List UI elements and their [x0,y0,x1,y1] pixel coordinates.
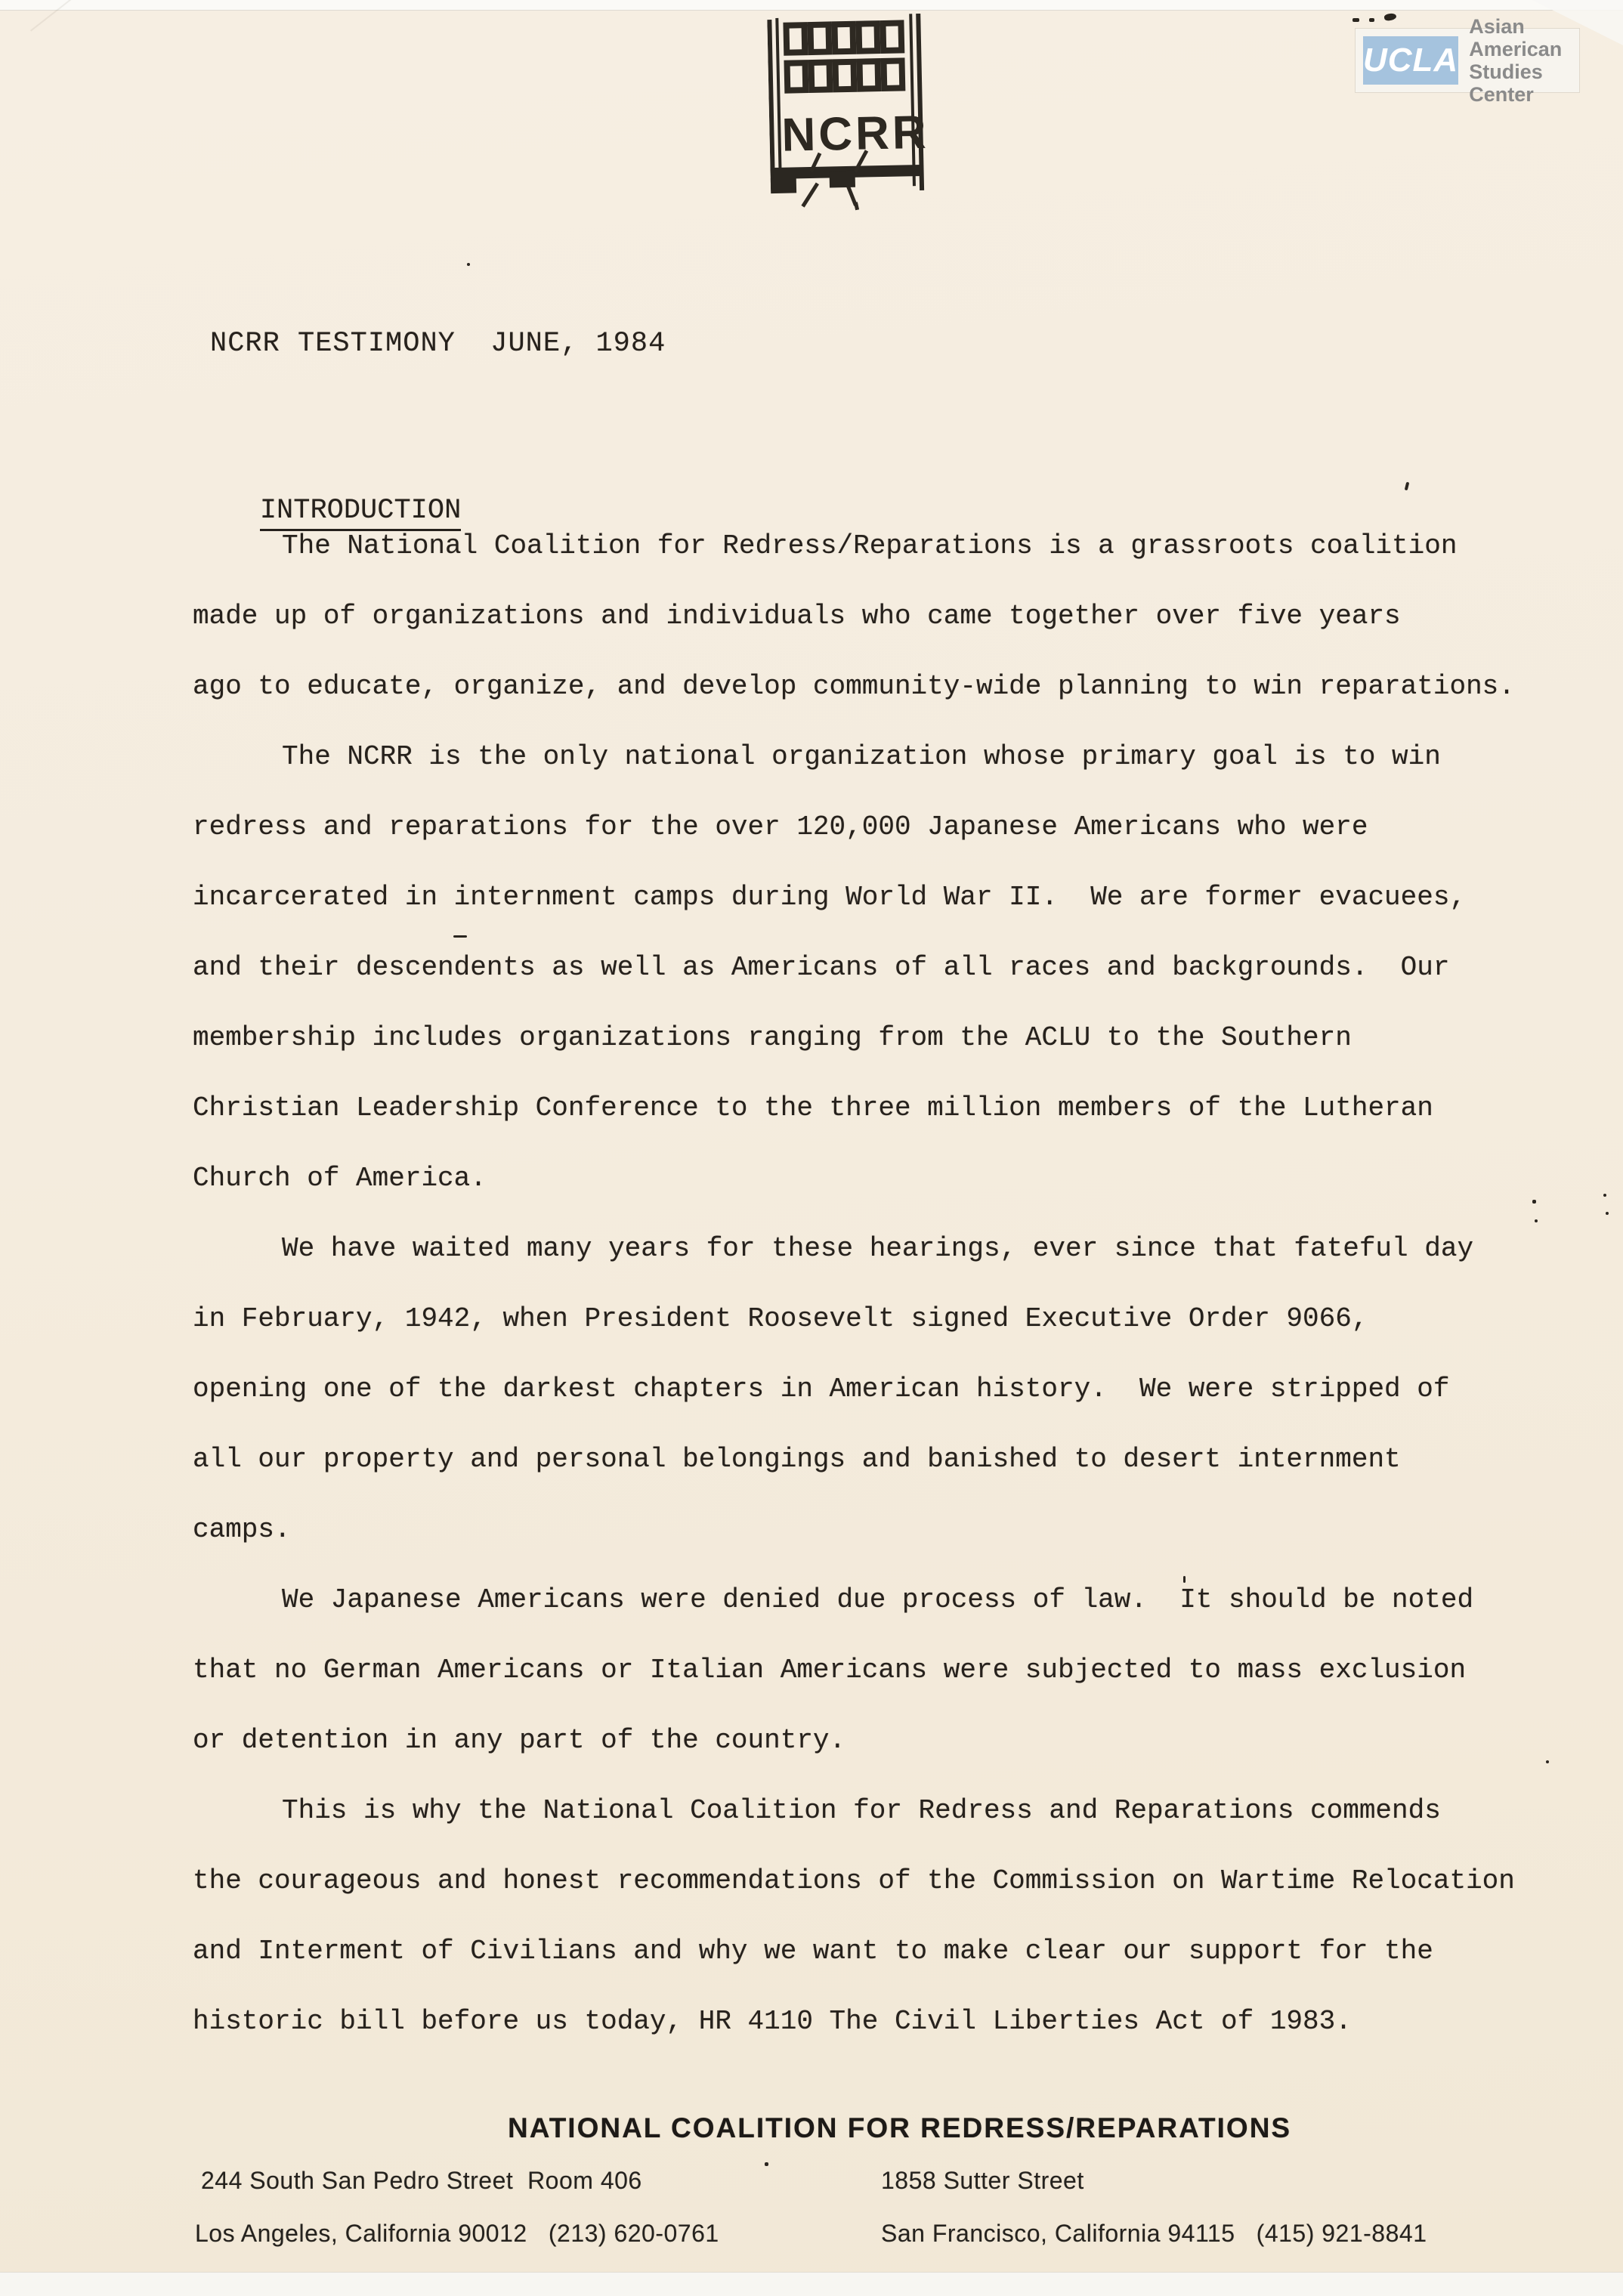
footer-sf-address: 1858 Sutter Street [881,2167,1084,2195]
typed-correction-dash [453,935,467,938]
body-line: or detention in any part of the country. [193,1705,1583,1775]
body-line: that no German Americans or Italian Amer… [193,1635,1583,1705]
footer-la-address: 244 South San Pedro Street Room 406 [201,2167,642,2195]
ncrr-stamp-label: NCRR [781,107,927,162]
badge-org-line2: Studies Center [1469,60,1579,106]
body-line: Church of America. [193,1143,1583,1213]
footer-sf-city-phone: San Francisco, California 94115 (415) 92… [881,2220,1427,2248]
ink-speck [1535,1219,1538,1222]
scan-edge-top [0,0,1623,11]
ink-speck [1183,1576,1186,1583]
ucla-logo-text: UCLA [1363,42,1458,79]
ink-speck [1532,1200,1536,1204]
body-line: incarcerated in internment camps during … [193,862,1583,932]
body-line: opening one of the darkest chapters in A… [193,1354,1583,1424]
body-line: membership includes organizations rangin… [193,1003,1583,1073]
ink-speck [1606,1212,1609,1215]
ncrr-stamp-icon: NCRR [767,14,926,213]
stamp-windows [786,23,902,90]
pen-mark [1369,18,1374,22]
ucla-logo: UCLA [1363,36,1458,85]
scan-edge-bottom [0,2272,1623,2296]
ink-speck [1546,1760,1549,1763]
document-title: NCRR TESTIMONY JUNE, 1984 [210,328,666,360]
ucla-badge: UCLA Asian American Studies Center [1356,29,1579,92]
body-line: made up of organizations and individuals… [193,581,1583,651]
body-text: The National Coalition for Redress/Repar… [193,511,1583,2057]
ink-speck [1405,482,1410,491]
body-line: and their descendents as well as America… [193,932,1583,1003]
body-line: historic bill before us today, HR 4110 T… [193,1986,1583,2057]
pen-mark [1352,18,1359,22]
body-line: ago to educate, organize, and develop co… [193,651,1583,722]
body-line: the courageous and honest recommendation… [193,1846,1583,1916]
body-line: camps. [193,1494,1583,1565]
body-line: and Interment of Civilians and why we wa… [193,1916,1583,1986]
footer-la-city-phone: Los Angeles, California 90012 (213) 620-… [195,2220,719,2248]
ncrr-stamp: NCRR [767,14,927,217]
ink-speck [1603,1194,1606,1197]
document-page: NCRR UCLA Asian American Studies Center … [0,0,1623,2296]
body-line: in February, 1942, when President Roosev… [193,1284,1583,1354]
pen-mark [1383,12,1397,21]
body-line: The National Coalition for Redress/Repar… [193,511,1583,581]
body-line: We Japanese Americans were denied due pr… [193,1565,1583,1635]
body-line: We have waited many years for these hear… [193,1213,1583,1284]
ink-speck [467,263,470,266]
body-line: This is why the National Coalition for R… [193,1775,1583,1846]
body-line: all our property and personal belongings… [193,1424,1583,1494]
body-line: redress and reparations for the over 120… [193,792,1583,862]
body-line: Christian Leadership Conference to the t… [193,1073,1583,1143]
badge-org-name: Asian American Studies Center [1469,15,1579,106]
footer-org-name: NATIONAL COALITION FOR REDRESS/REPARATIO… [508,2112,1291,2144]
badge-org-line1: Asian American [1469,15,1579,60]
body-line: The NCRR is the only national organizati… [193,722,1583,792]
ink-speck [765,2162,768,2166]
